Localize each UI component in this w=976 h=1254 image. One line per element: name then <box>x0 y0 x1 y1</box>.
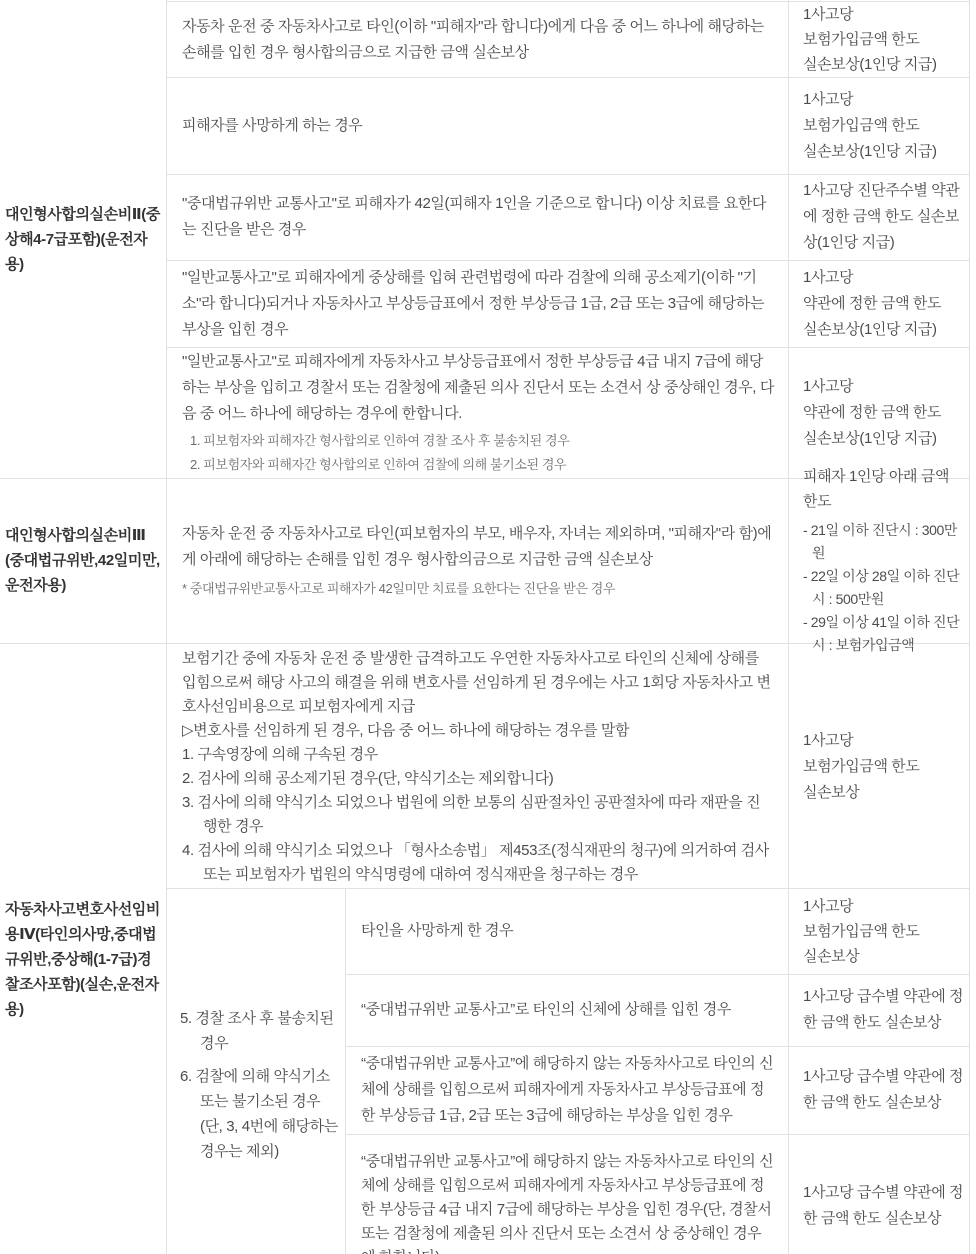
description-text: 피해자를 사망하게 하는 경우 <box>182 113 362 139</box>
description-text: "중대법규위반 교통사고"로 피해자가 42일(피해자 1인을 기준으로 합니다… <box>182 191 774 243</box>
description-sub-item: 2. 피보험자와 피해자간 형사합의로 인하여 검찰에 의해 불기소된 경우 <box>190 453 566 477</box>
description-text: 자동차 운전 중 자동차사고로 타인(피보험자의 부모, 배우자, 자녀는 제외… <box>182 521 774 573</box>
description-cell: 자동차 운전 중 자동차사고로 타인(피보험자의 부모, 배우자, 자녀는 제외… <box>166 478 788 643</box>
case-description-cell: “중대법규위반 교통사고”로 타인의 신체에 상해를 입힌 경우 <box>345 974 788 1046</box>
description-cell: "일반교통사고"로 피해자에게 자동차사고 부상등급표에서 정한 부상등급 4급… <box>166 347 788 478</box>
category-cell-section1: 대인형사합의실손비Ⅱ(중상해4-7급포함)(운전자용) <box>0 0 166 478</box>
numbered-item: 4. 검사에 의해 약식기소 되었으나 「형사소송법」 제453조(정식재판의 … <box>182 839 774 887</box>
limit-cell: 1사고당 보험가입금액 한도 실손보상 <box>788 645 970 888</box>
description-text: “중대법규위반 교통사고”에 해당하지 않는 자동차사고로 타인의 신체에 상해… <box>361 1150 774 1254</box>
coverage-table: 대인형사합의실손비Ⅱ(중상해4-7급포함)(운전자용) 대인형사합의실손비Ⅲ(중… <box>0 0 976 1254</box>
limit-cell: 1사고당 약관에 정한 금액 한도 실손보상(1인당 지급) <box>788 260 970 347</box>
limit-text: 1사고당 급수별 약관에 정한 금액 한도 실손보상 <box>803 984 966 1036</box>
limit-text: 1사고당 급수별 약관에 정한 금액 한도 실손보상 <box>803 1064 966 1116</box>
case-description-cell: “중대법규위반 교통사고”에 해당하지 않는 자동차사고로 타인의 신체에 상해… <box>345 1134 788 1254</box>
description-sub-item: 1. 피보험자와 피해자간 형사합의로 인하여 경찰 조사 후 불송치된 경우 <box>190 429 569 453</box>
limit-head: 피해자 1인당 아래 금액 한도 <box>803 464 966 514</box>
description-text: “중대법규위반 교통사고”로 타인의 신체에 상해를 입힌 경우 <box>361 997 731 1023</box>
limit-text: 1사고당 약관에 정한 금액 한도 실손보상(1인당 지급) <box>803 374 941 452</box>
side-condition-cell: 5. 경찰 조사 후 불송치된 경우 6. 검찰에 의해 약식기소 또는 불기소… <box>166 888 345 1254</box>
limit-cell: 1사고당 보험가입금액 한도 실손보상(1인당 지급) <box>788 77 970 174</box>
numbered-item: 6. 검찰에 의해 약식기소 또는 불기소된 경우(단, 3, 4번에 해당하는… <box>180 1064 339 1164</box>
description-text: 보험기간 중에 자동차 운전 중 발생한 급격하고도 우연한 자동차사고로 타인… <box>182 647 774 719</box>
description-cell: "일반교통사고"로 피해자에게 중상해를 입혀 관련법령에 따라 검찰에 의해 … <box>166 260 788 347</box>
description-cell: 피해자를 사망하게 하는 경우 <box>166 77 788 174</box>
limit-cell: 1사고당 급수별 약관에 정한 금액 한도 실손보상 <box>788 1134 970 1254</box>
limit-cell: 1사고당 약관에 정한 금액 한도 실손보상(1인당 지급) <box>788 347 970 478</box>
description-cell: 자동차 운전 중 자동차사고로 타인(이하 "피해자"라 합니다)에게 다음 중… <box>166 2 788 77</box>
case-description-cell: “중대법규위반 교통사고”에 해당하지 않는 자동차사고로 타인의 신체에 상해… <box>345 1046 788 1134</box>
description-note: * 중대법규위반교통사고로 피해자가 42일미만 치료를 요한다는 진단을 받은… <box>182 577 615 601</box>
numbered-item: 5. 경찰 조사 후 불송치된 경우 <box>180 1006 339 1056</box>
description-text: "일반교통사고"로 피해자에게 자동차사고 부상등급표에서 정한 부상등급 4급… <box>182 349 774 427</box>
limit-cell: 1사고당 급수별 약관에 정한 금액 한도 실손보상 <box>788 974 970 1046</box>
limit-text: 1사고당 보험가입금액 한도 실손보상 <box>803 728 920 806</box>
description-cell: "중대법규위반 교통사고"로 피해자가 42일(피해자 1인을 기준으로 합니다… <box>166 174 788 260</box>
category-cell-section3: 자동차사고변호사선임비용Ⅳ(타인의사망,중대법규위반,중상해(1-7급)경찰조사… <box>0 643 166 1254</box>
case-description-cell: 타인을 사망하게 한 경우 <box>345 888 788 974</box>
limit-text: 1사고당 약관에 정한 금액 한도 실손보상(1인당 지급) <box>803 265 941 343</box>
limit-text: 1사고당 보험가입금액 한도 실손보상(1인당 지급) <box>803 2 937 77</box>
category-label: 자동차사고변호사선임비용Ⅳ(타인의사망,중대법규위반,중상해(1-7급)경찰조사… <box>5 897 162 1022</box>
limit-cell: 1사고당 보험가입금액 한도 실손보상(1인당 지급) <box>788 2 970 77</box>
limit-text: 1사고당 진단주수별 약관에 정한 금액 한도 실손보상(1인당 지급) <box>803 178 966 256</box>
limit-text: 1사고당 급수별 약관에 정한 금액 한도 실손보상 <box>803 1180 966 1254</box>
description-cell: 보험기간 중에 자동차 운전 중 발생한 급격하고도 우연한 자동차사고로 타인… <box>166 645 788 888</box>
limit-cell: 피해자 1인당 아래 금액 한도 - 21일 이하 진단시 : 300만원 - … <box>788 478 970 643</box>
numbered-item: 2. 검사에 의해 공소제기된 경우(단, 약식기소는 제외합니다) <box>182 767 553 791</box>
limit-cell: 1사고당 급수별 약관에 정한 금액 한도 실손보상 <box>788 1046 970 1134</box>
numbered-item: 3. 검사에 의해 약식기소 되었으나 법원에 의한 보통의 심판절차인 공판절… <box>182 791 774 839</box>
description-text: 자동차 운전 중 자동차사고로 타인(이하 "피해자"라 합니다)에게 다음 중… <box>182 14 774 66</box>
limit-cell: 1사고당 보험가입금액 한도 실손보상 <box>788 888 970 974</box>
limit-cell: 1사고당 진단주수별 약관에 정한 금액 한도 실손보상(1인당 지급) <box>788 174 970 260</box>
description-text: “중대법규위반 교통사고”에 해당하지 않는 자동차사고로 타인의 신체에 상해… <box>361 1051 774 1129</box>
category-label: 대인형사합의실손비Ⅲ(중대법규위반,42일미만,운전자용) <box>5 523 162 598</box>
description-text: 타인을 사망하게 한 경우 <box>361 918 513 944</box>
limit-text: 1사고당 보험가입금액 한도 실손보상(1인당 지급) <box>803 87 937 165</box>
limit-item: - 22일 이상 28일 이하 진단시 : 500만원 <box>803 565 966 611</box>
limit-text: 1사고당 보험가입금액 한도 실손보상 <box>803 894 920 969</box>
limit-item: - 21일 이하 진단시 : 300만원 <box>803 519 966 565</box>
description-lead: ▷변호사를 선임하게 된 경우, 다음 중 어느 하나에 해당하는 경우를 말함 <box>182 719 629 743</box>
numbered-item: 1. 구속영장에 의해 구속된 경우 <box>182 743 378 767</box>
description-text: "일반교통사고"로 피해자에게 중상해를 입혀 관련법령에 따라 검찰에 의해 … <box>182 265 774 343</box>
category-cell-section2: 대인형사합의실손비Ⅲ(중대법규위반,42일미만,운전자용) <box>0 478 166 643</box>
category-label: 대인형사합의실손비Ⅱ(중상해4-7급포함)(운전자용) <box>5 202 162 277</box>
